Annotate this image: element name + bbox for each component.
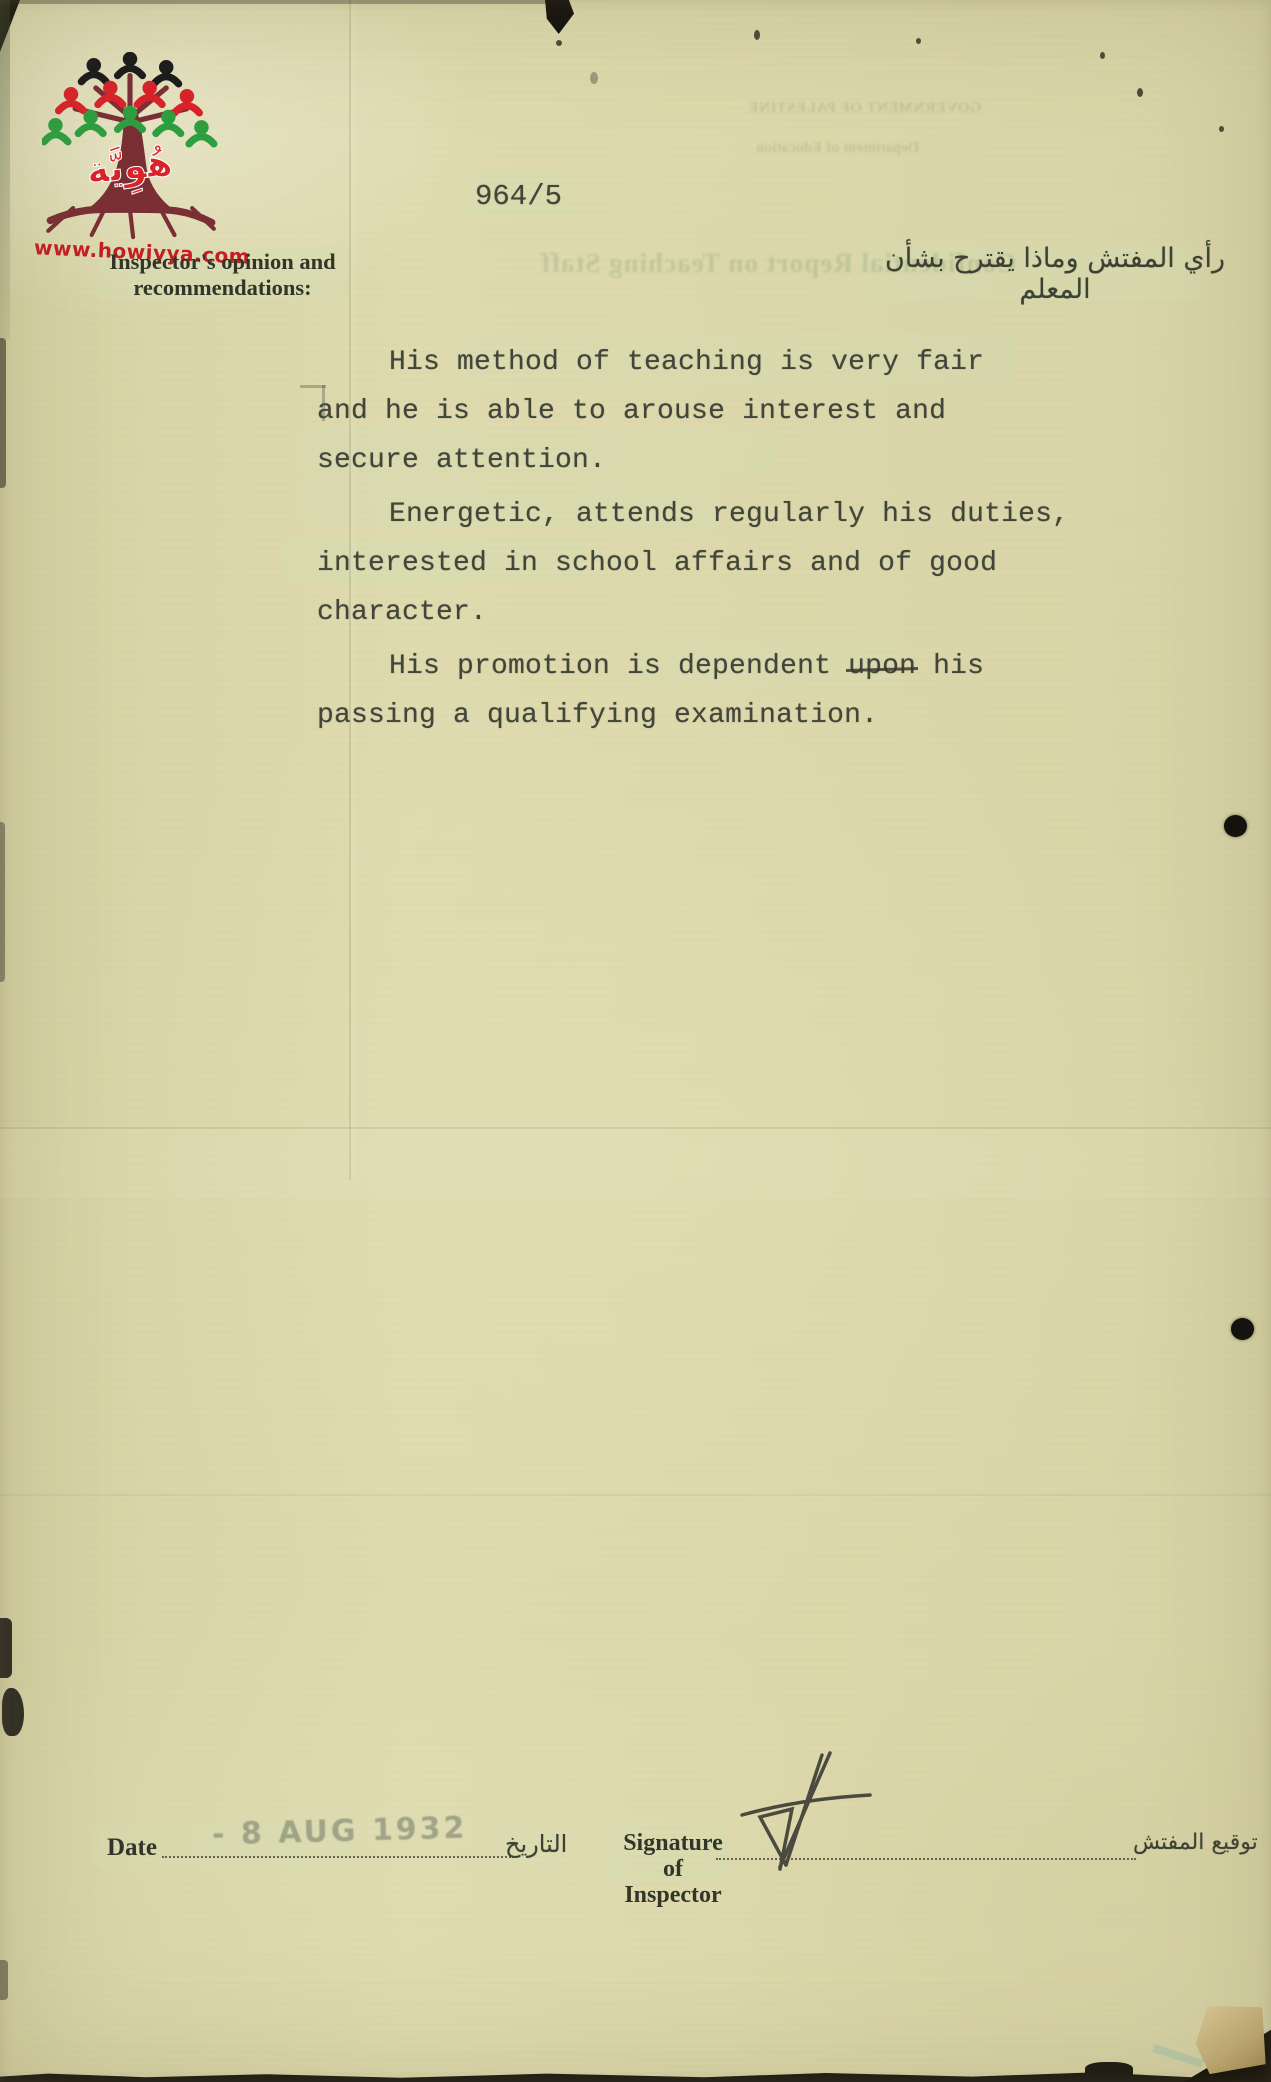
signature-label-line2: Inspector: [618, 1882, 728, 1908]
struck-word: upon: [848, 651, 916, 682]
left-edge-mark: [2, 1688, 24, 1736]
left-edge-mark: [0, 1618, 12, 1678]
howiyya-tree-logo: هُوِيَّة: [42, 52, 218, 242]
punch-hole: [1231, 1318, 1254, 1340]
inspector-opinion-label-line1: Inspector's opinion and: [100, 249, 345, 275]
ink-speck: [1219, 126, 1224, 132]
corner-scan-artifact: [1152, 2044, 1204, 2068]
line-text: His promotion is dependent: [389, 651, 848, 682]
typed-line: character.: [317, 588, 1017, 637]
typed-line: Energetic, attends regularly his duties,: [317, 490, 1017, 539]
typed-line: His promotion is dependent upon his: [317, 642, 1017, 691]
signature-label-arabic: توقيع المفتش: [1133, 1830, 1258, 1855]
top-edge-shadow: [0, 0, 560, 4]
typed-line: secure attention.: [317, 436, 1017, 485]
inspector-opinion-label-arabic: رأي المفتش وماذا يقترح بشأن المعلم: [855, 243, 1255, 305]
reference-number: 964/5: [475, 180, 562, 213]
date-line: [162, 1856, 514, 1858]
left-edge-mark: [0, 338, 6, 488]
paragraph-1: His method of teaching is very fair and …: [317, 338, 1017, 485]
bleedthrough-department-line: Department of Education: [756, 140, 919, 157]
date-label-arabic: التاريخ: [505, 1830, 567, 1858]
signature-label-line1: Signature of: [618, 1830, 728, 1882]
horizontal-crease: [0, 1494, 1271, 1496]
bottom-edge-shadow: [0, 2070, 1215, 2082]
typed-line: His method of teaching is very fair: [317, 338, 1017, 387]
paragraph-3: His promotion is dependent upon his pass…: [317, 642, 1017, 740]
ink-speck: [590, 72, 598, 84]
inspector-opinion-label: Inspector's opinion and recommendations:: [100, 249, 345, 301]
typed-line: interested in school affairs and of good: [317, 539, 1017, 588]
left-edge-mark: [0, 1960, 8, 2000]
left-edge-artifact: [0, 0, 10, 340]
scanned-document-page: GOVERNMENT OF PALESTINE Department of Ed…: [0, 0, 1271, 2082]
date-label: Date: [107, 1834, 157, 1862]
ink-speck: [754, 30, 760, 40]
ink-speck: [916, 38, 921, 44]
bleedthrough-government-line: GOVERNMENT OF PALESTINE: [748, 100, 981, 117]
inspector-signature: [730, 1745, 890, 1877]
line-text: his: [916, 651, 984, 682]
left-edge-mark: [0, 822, 5, 982]
pen-mark: [322, 385, 325, 421]
torn-notch-top: [540, 0, 574, 34]
paragraph-2: Energetic, attends regularly his duties,…: [317, 490, 1017, 637]
bottom-edge-bump: [1085, 2062, 1133, 2078]
ink-speck: [556, 40, 562, 46]
report-body: His method of teaching is very fair and …: [317, 338, 1017, 745]
ink-speck: [1100, 52, 1105, 59]
date-stamp: - 8 AUG 1932: [212, 1811, 468, 1853]
ink-speck: [1137, 88, 1143, 97]
signature-label: Signature of Inspector: [618, 1830, 728, 1908]
typed-line: passing a qualifying examination.: [317, 691, 1017, 740]
punch-hole: [1224, 815, 1247, 837]
typed-line: and he is able to arouse interest and: [317, 387, 1017, 436]
horizontal-crease-band: [0, 1129, 1271, 1199]
inspector-opinion-label-line2: recommendations:: [100, 275, 345, 301]
